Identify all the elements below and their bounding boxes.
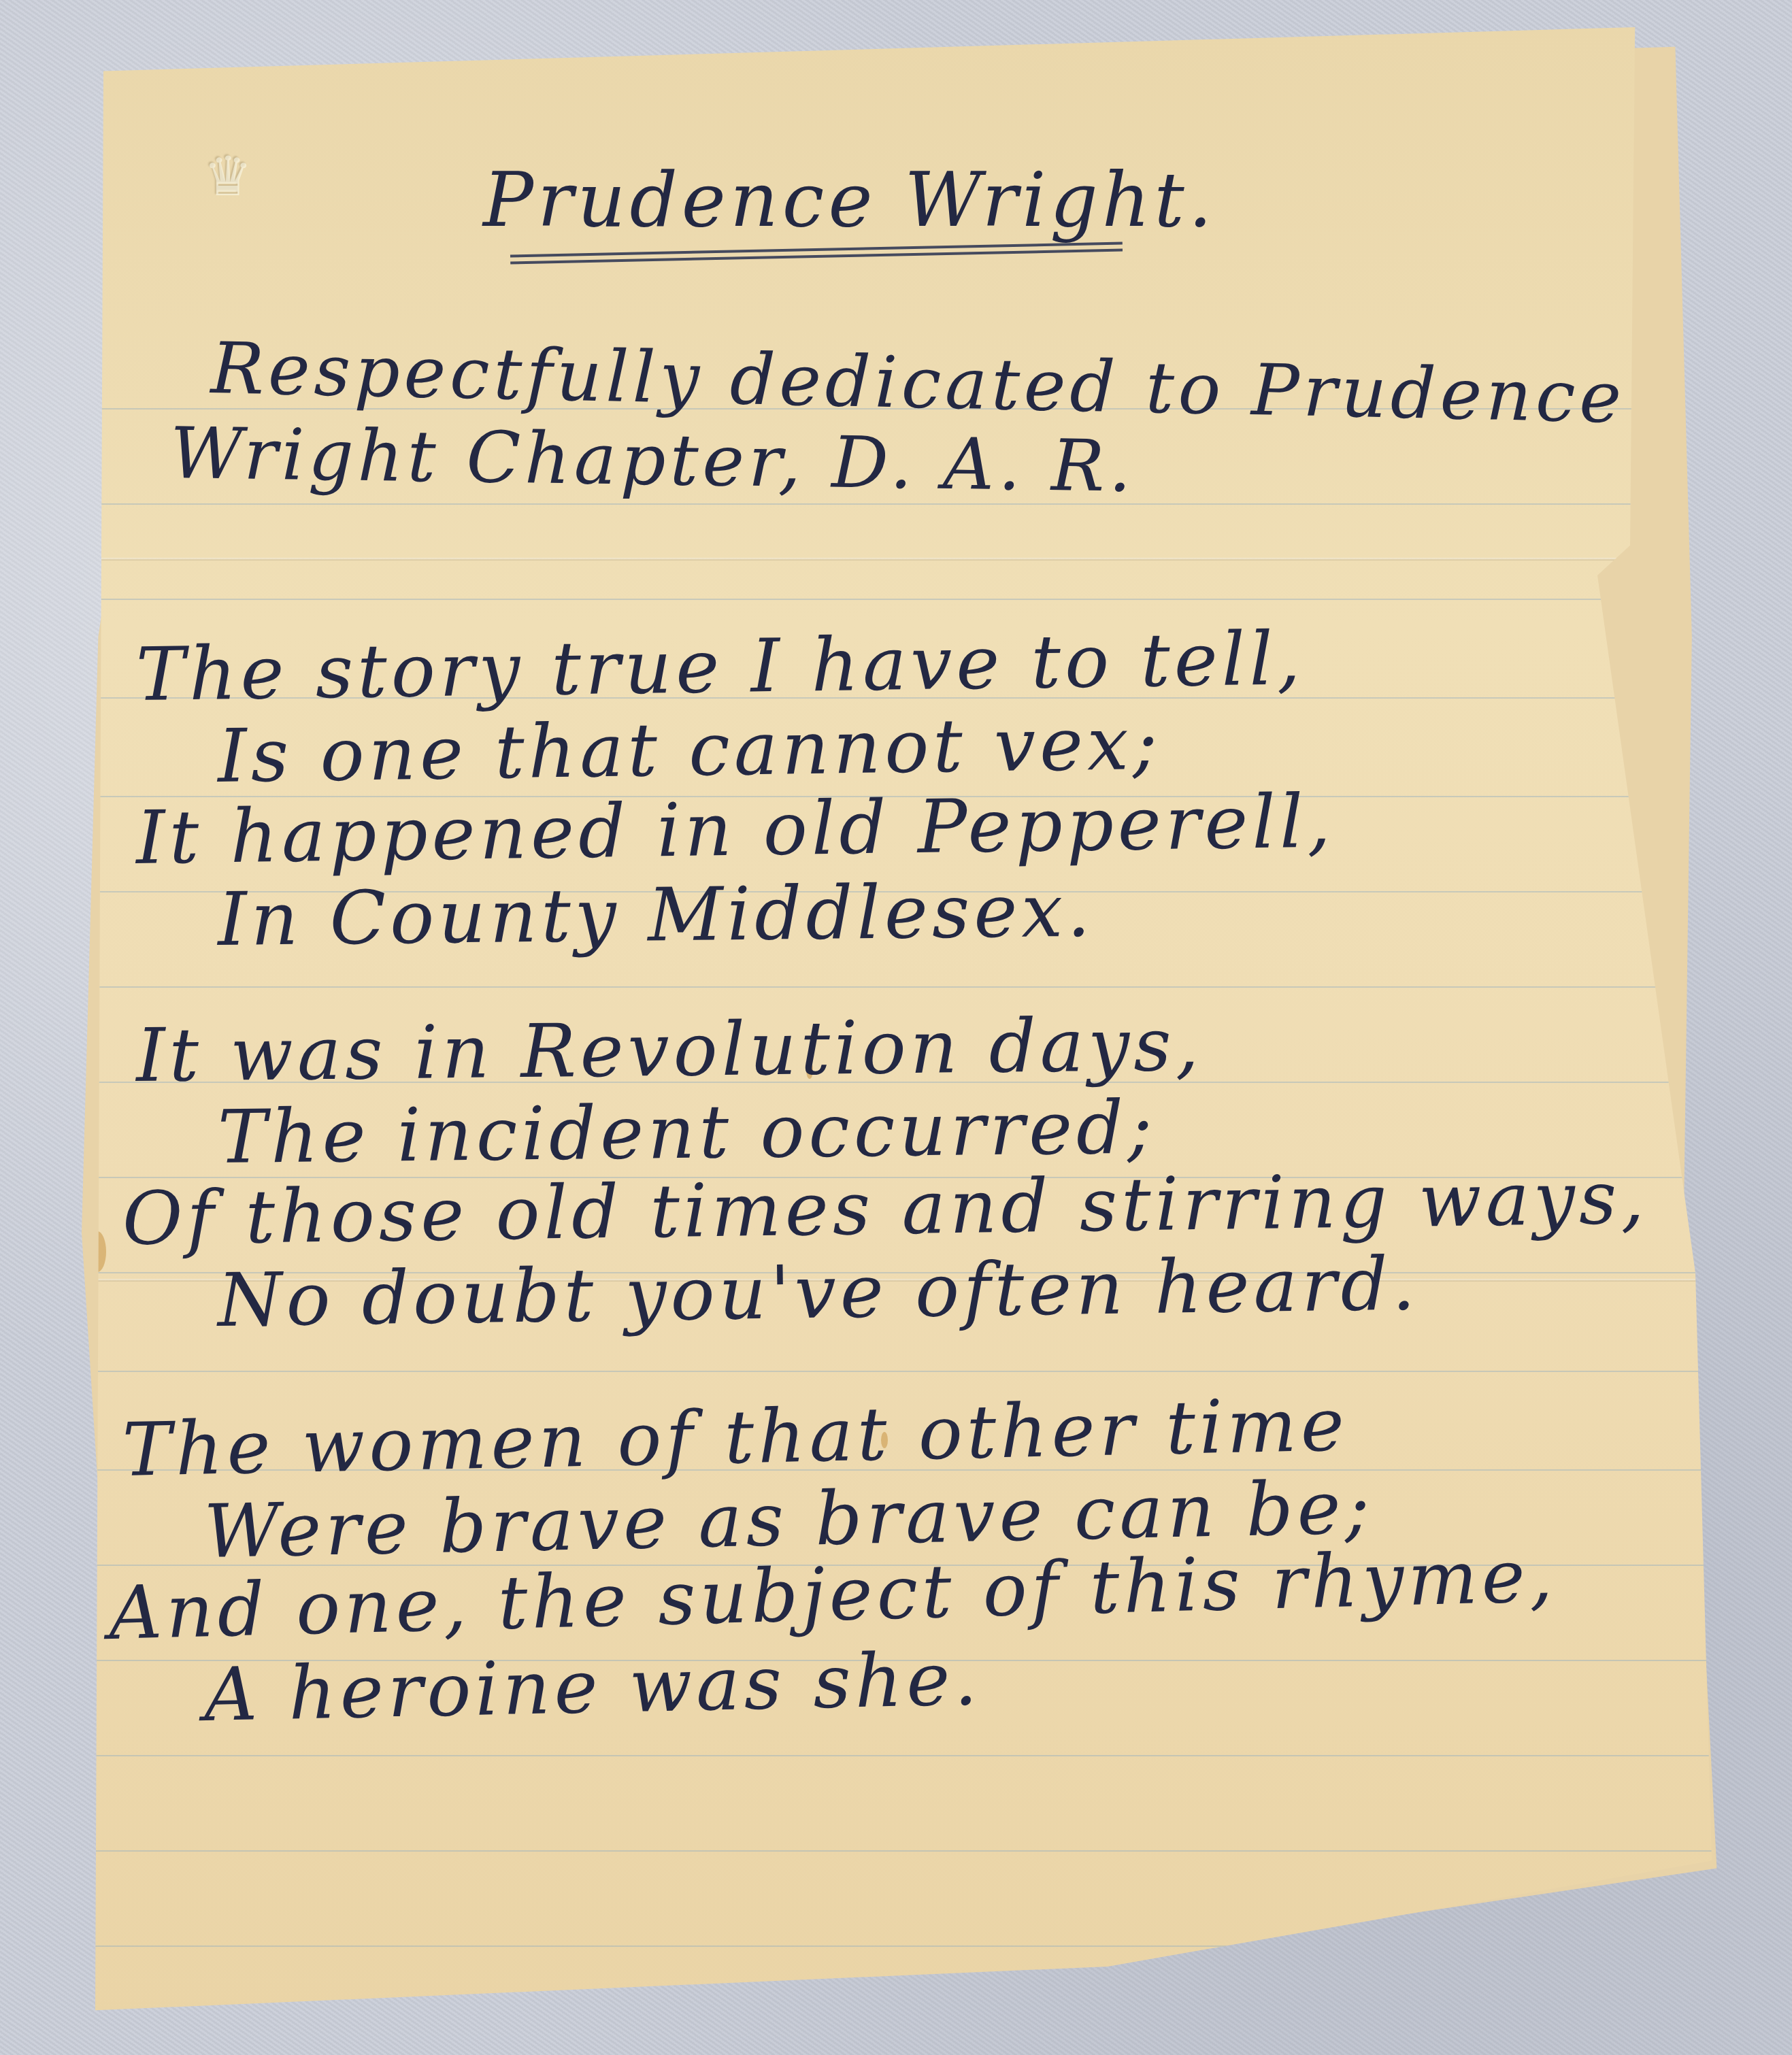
paper-fold [95, 558, 1728, 561]
manuscript-page: ♛ Prudence Wright. Respectfully dedicate… [95, 27, 1728, 2020]
crown-emboss-icon: ♛ [190, 146, 265, 207]
stanza-3-line-4: A heroine was she. [203, 1637, 982, 1738]
stanza-1-line-3: It happened in old Pepperell, [135, 779, 1335, 881]
stanza-2-line-4: No doubt you've often heard. [217, 1241, 1420, 1343]
ruled-line [95, 986, 1728, 988]
ruled-line [95, 599, 1728, 600]
poem-title: Prudence Wright. [483, 156, 1216, 244]
stanza-1-line-4: In County Middlesex. [217, 869, 1095, 963]
ruled-line [95, 1850, 1728, 1852]
ruled-line [95, 1945, 1728, 1947]
dedication-line-2: Wright Chapter, D. A. R. [169, 412, 1135, 508]
ruled-line [95, 1371, 1728, 1372]
title-double-underline [510, 242, 1123, 265]
stanza-2-line-1: It was in Revolution days, [135, 1003, 1203, 1099]
ruled-line [95, 1755, 1728, 1756]
